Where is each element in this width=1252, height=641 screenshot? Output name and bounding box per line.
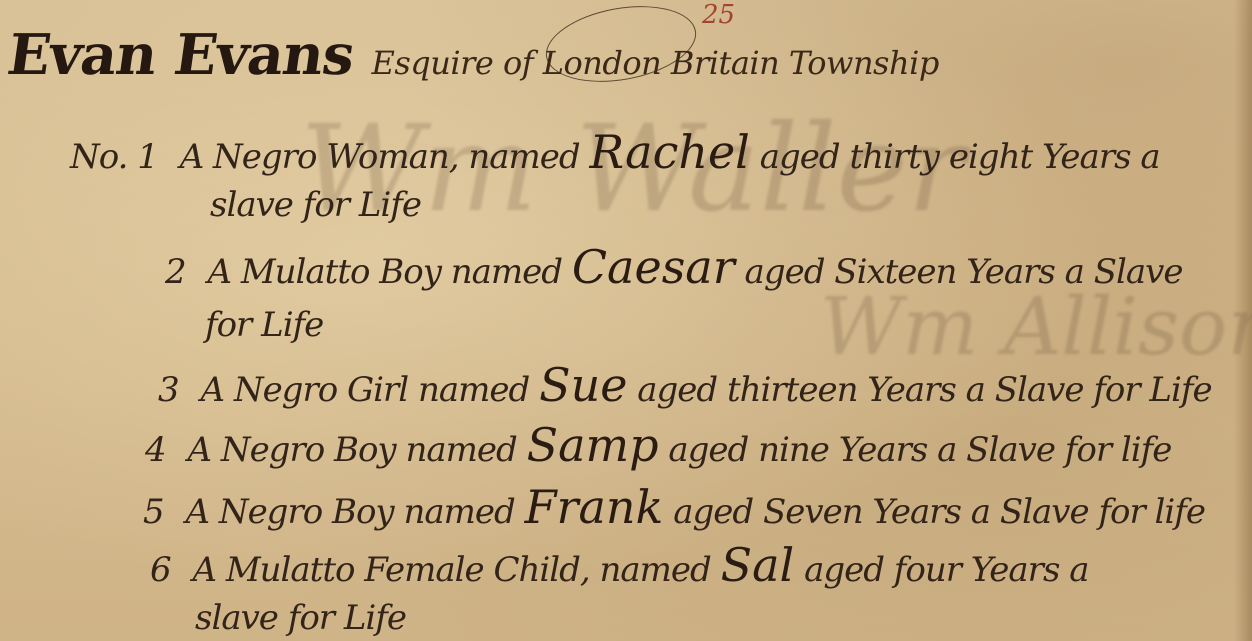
entry-age-status: aged nine Years a Slave for life xyxy=(668,430,1171,470)
entry-4: 4 A Negro Boy named Samp aged nine Years… xyxy=(145,418,1171,472)
entry-6: 6 A Mulatto Female Child, named Sal aged… xyxy=(150,538,1088,592)
entry-description: A Mulatto Boy named xyxy=(207,252,562,292)
entry-5: 5 A Negro Boy named Frank aged Seven Yea… xyxy=(143,480,1205,534)
entry-description: A Negro Girl named xyxy=(200,370,529,410)
entry-person-name: Sue xyxy=(539,358,627,412)
entry-age-status: aged thirteen Years a Slave for Life xyxy=(637,370,1211,410)
page-edge-shadow xyxy=(1234,0,1252,641)
entry-person-name: Rachel xyxy=(589,125,749,179)
owner-description: Esquire of London Britain Township xyxy=(371,44,938,82)
entry-number: 6 xyxy=(150,550,171,590)
entry-number: 2 xyxy=(165,252,186,292)
entry-age-status: aged Sixteen Years a Slave xyxy=(745,252,1183,292)
entry-number: 4 xyxy=(145,430,166,470)
entry-description: A Negro Woman, named xyxy=(180,137,580,177)
entry-person-name: Caesar xyxy=(572,240,735,294)
entry-age-status: aged Seven Years a Slave for life xyxy=(673,492,1205,532)
entry-age-status: aged thirty eight Years a xyxy=(760,137,1160,177)
entry-1-continuation: slave for Life xyxy=(210,185,421,225)
entry-3: 3 A Negro Girl named Sue aged thirteen Y… xyxy=(158,358,1212,412)
entry-2: 2 A Mulatto Boy named Caesar aged Sixtee… xyxy=(165,240,1182,294)
entry-description: A Negro Boy named xyxy=(185,492,514,532)
entry-number: No. 1 xyxy=(70,137,158,177)
owner-heading: Evan Evans Esquire of London Britain Tow… xyxy=(8,22,939,88)
entry-person-name: Frank xyxy=(525,480,664,534)
entry-1: No. 1 A Negro Woman, named Rachel aged t… xyxy=(70,125,1160,179)
entry-2-continuation: for Life xyxy=(205,305,323,345)
register-page: Wm Waller Wm Allison 25 Evan Evans Esqui… xyxy=(0,0,1252,641)
entry-person-name: Samp xyxy=(527,418,659,472)
entry-6-continuation: slave for Life xyxy=(195,598,406,638)
entry-description: A Negro Boy named xyxy=(187,430,516,470)
entry-number: 5 xyxy=(143,492,164,532)
entry-description: A Mulatto Female Child, named xyxy=(192,550,710,590)
entry-age-status: aged four Years a xyxy=(804,550,1088,590)
entry-number: 3 xyxy=(158,370,179,410)
owner-name: Evan Evans xyxy=(3,22,358,88)
entry-person-name: Sal xyxy=(721,538,795,592)
